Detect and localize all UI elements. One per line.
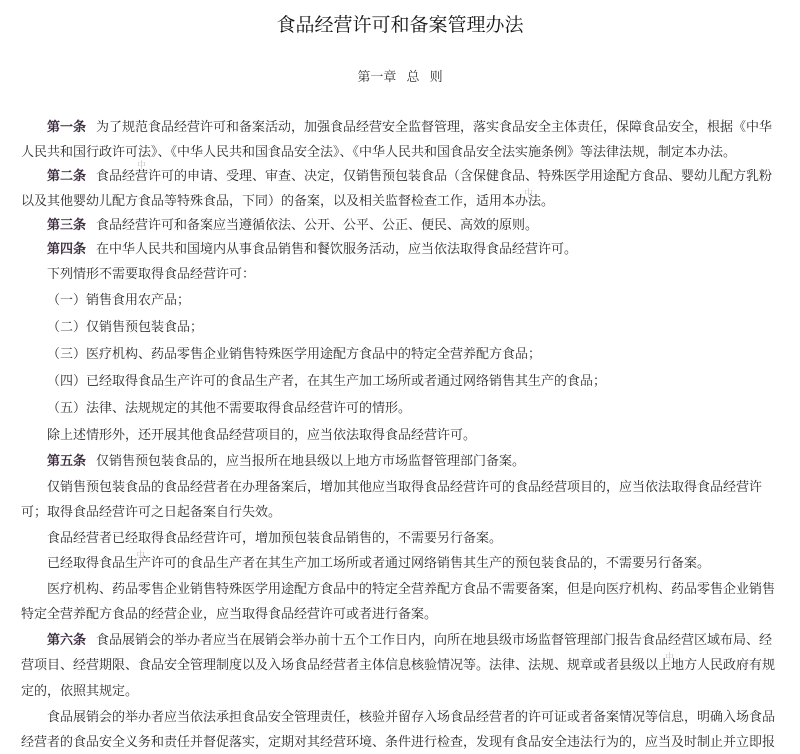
article-text: 除上述情形外，还开展其他食品经营项目的，应当依法取得食品经营许可。 — [47, 428, 476, 443]
paragraph-line: 除上述情形外，还开展其他食品经营项目的，应当依法取得食品经营许可。 — [47, 427, 476, 445]
article-text: 仅销售预包装食品的，应当报所在地县级以上地方市场监督管理部门备案。 — [96, 454, 525, 469]
paragraph-line: 定的，依照其规定。 — [21, 683, 138, 701]
article-label: 第一条 — [47, 120, 86, 135]
article-text: 医疗机构、药品零售企业销售特殊医学用途配方食品中的特定全营养配方食品不需要备案，… — [47, 582, 775, 597]
article-4-line-1: 第四条在中华人民共和国境内从事食品销售和餐饮服务活动，应当依法取得食品经营许可。 — [47, 241, 577, 259]
article-text: 仅销售预包装食品的食品经营者在办理备案后，增加其他应当取得食品经营许可的食品经营… — [47, 480, 762, 495]
article-text: 在中华人民共和国境内从事食品销售和餐饮服务活动，应当依法取得食品经营许可。 — [96, 242, 577, 257]
article-text: 人民共和国行政许可法》、《中华人民共和国食品安全法》、《中华人民共和国食品安全法… — [21, 145, 736, 160]
article-2-line-2: 以及其他婴幼儿配方食品等特殊食品，下同）的备案，以及相关监督检查工作，适用本办法… — [21, 193, 554, 211]
article-text: 定的，依照其规定。 — [21, 684, 138, 699]
paragraph-line: 下列情形不需要取得食品经营许可： — [47, 266, 255, 284]
paragraph-line: 仅销售预包装食品的食品经营者在办理备案后，增加其他应当取得食品经营许可的食品经营… — [47, 479, 762, 497]
document-title: 食品经营许可和备案管理办法 — [0, 10, 800, 37]
paragraph-line: 医疗机构、药品零售企业销售特殊医学用途配方食品中的特定全营养配方食品不需要备案，… — [47, 581, 775, 599]
article-text: 以及其他婴幼儿配方食品等特殊食品，下同）的备案，以及相关监督检查工作，适用本办法… — [21, 194, 554, 209]
list-item-text: （一）销售食用农产品； — [47, 293, 190, 308]
article-6-line-1: 第六条食品展销会的举办者应当在展销会举办前十五个工作日内，向所在地县级市场监督管… — [47, 632, 772, 650]
paragraph-line: 已经取得食品生产许可的食品生产者在其生产加工场所或者通过网络销售其生产的预包装食… — [47, 555, 710, 573]
article-text: 食品展销会的举办者应当依法承担食品安全管理责任，核验并留存入场食品经营者的许可证… — [47, 710, 775, 725]
list-item-text: （二）仅销售预包装食品； — [47, 320, 203, 335]
paragraph-line: 食品展销会的举办者应当依法承担食品安全管理责任，核验并留存入场食品经营者的许可证… — [47, 709, 775, 727]
list-item-2: （二）仅销售预包装食品； — [47, 319, 203, 337]
article-label: 第六条 — [47, 633, 86, 648]
article-text: 已经取得食品生产许可的食品生产者在其生产加工场所或者通过网络销售其生产的预包装食… — [47, 556, 710, 571]
paragraph-line: 营项目、经营期限、食品安全管理制度以及入场食品经营者主体信息核验情况等。法律、法… — [21, 657, 775, 675]
paragraph-line: 经营者的食品安全义务和责任并督促落实，定期对其经营环境、条件进行检查，发现有食品… — [21, 734, 775, 752]
article-text: 特定全营养配方食品的经营企业，应当取得食品经营许可或者进行备案。 — [21, 607, 437, 622]
watermark: 中 — [137, 158, 146, 171]
article-text: 营项目、经营期限、食品安全管理制度以及入场食品经营者主体信息核验情况等。法律、法… — [21, 658, 775, 673]
paragraph-line: 特定全营养配方食品的经营企业，应当取得食品经营许可或者进行备案。 — [21, 606, 437, 624]
list-item-1: （一）销售食用农产品； — [47, 292, 190, 310]
article-2-line-1: 第二条食品经营许可的申请、受理、审查、决定，仅销售预包装食品（含保健食品、特殊医… — [47, 168, 772, 186]
watermark: 中 — [665, 650, 674, 663]
list-item-text: （五）法律、法规规定的其他不需要取得食品经营许可的情形。 — [47, 401, 411, 416]
watermark: 中 — [136, 548, 145, 561]
article-text: 下列情形不需要取得食品经营许可： — [47, 267, 255, 282]
article-5-line-1: 第五条仅销售预包装食品的，应当报所在地县级以上地方市场监督管理部门备案。 — [47, 453, 525, 471]
article-label: 第二条 — [47, 169, 86, 184]
article-text: 食品展销会的举办者应当在展销会举办前十五个工作日内，向所在地县级市场监督管理部门… — [96, 633, 772, 648]
paragraph-line: 食品经营者已经取得食品经营许可，增加预包装食品销售的，不需要另行备案。 — [47, 530, 502, 548]
list-item-5: （五）法律、法规规定的其他不需要取得食品经营许可的情形。 — [47, 400, 411, 418]
list-item-text: （四）已经取得食品生产许可的食品生产者，在其生产加工场所或者通过网络销售其生产的… — [47, 374, 606, 389]
article-1-line-2: 人民共和国行政许可法》、《中华人民共和国食品安全法》、《中华人民共和国食品安全法… — [21, 144, 736, 162]
list-item-4: （四）已经取得食品生产许可的食品生产者，在其生产加工场所或者通过网络销售其生产的… — [47, 373, 606, 391]
article-3-line-1: 第三条食品经营许可和备案应当遵循依法、公开、公平、公正、便民、高效的原则。 — [47, 217, 538, 235]
article-text: 可；取得食品经营许可之日起备案自行失效。 — [21, 505, 281, 520]
watermark: 中 — [524, 186, 533, 199]
article-text: 食品经营者已经取得食品经营许可，增加预包装食品销售的，不需要另行备案。 — [47, 531, 502, 546]
list-item-text: （三）医疗机构、药品零售企业销售特殊医学用途配方食品中的特定全营养配方食品； — [47, 347, 541, 362]
article-text: 为了规范食品经营许可和备案活动，加强食品经营安全监督管理，落实食品安全主体责任，… — [96, 120, 772, 135]
article-label: 第五条 — [47, 454, 86, 469]
article-text: 经营者的食品安全义务和责任并督促落实，定期对其经营环境、条件进行检查，发现有食品… — [21, 735, 775, 750]
article-text: 食品经营许可的申请、受理、审查、决定，仅销售预包装食品（含保健食品、特殊医学用途… — [96, 169, 772, 184]
article-1-line-1: 第一条为了规范食品经营许可和备案活动，加强食品经营安全监督管理，落实食品安全主体… — [47, 119, 772, 137]
article-label: 第三条 — [47, 218, 86, 233]
chapter-heading: 第一章 总 则 — [0, 66, 800, 85]
list-item-3: （三）医疗机构、药品零售企业销售特殊医学用途配方食品中的特定全营养配方食品； — [47, 346, 541, 364]
article-text: 食品经营许可和备案应当遵循依法、公开、公平、公正、便民、高效的原则。 — [96, 218, 538, 233]
article-label: 第四条 — [47, 242, 86, 257]
paragraph-line: 可；取得食品经营许可之日起备案自行失效。 — [21, 504, 281, 522]
